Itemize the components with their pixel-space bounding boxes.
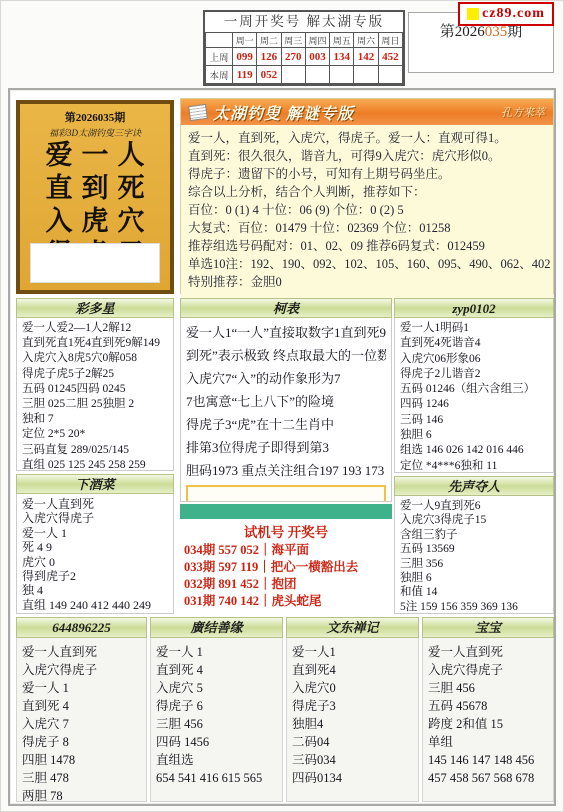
section-body: 爱一人直到死入虎穴得虎子三胆 456五码 45678跨度 2和值 15单组145… — [422, 638, 554, 802]
section-zyp0102: zyp0102 爱一人1明码1直到死4死谐音4入虎穴06形象06得虎子2儿谐音2… — [394, 298, 554, 473]
section-header: 宝宝 — [422, 617, 554, 638]
prediction-line: 三码 146 — [400, 413, 548, 428]
section-header: 下酒菜 — [16, 474, 174, 494]
prediction-line: 457 458 567 568 678 — [428, 769, 548, 787]
taihu-header: 太湖钓叟 解谜专版 孔方来萃 — [181, 99, 553, 125]
last-week-row: 上周 099126270003134142452 — [206, 48, 403, 66]
taihu-analysis-body: 爱一人，直到死，入虎穴，得虎子。爱一人：直观可得1。直到死：很久很久，谐音九，可… — [181, 125, 553, 303]
day-header-cell: 周日 — [378, 33, 402, 48]
logo-square-icon — [467, 8, 479, 20]
prediction-line: 入虎穴7“入”的动作象形为7 — [186, 367, 386, 390]
shijihao-title: 试机号 开奖号 — [184, 524, 388, 542]
taihu-panel: 太湖钓叟 解谜专版 孔方来萃 爱一人，直到死，入虎穴，得虎子。爱一人：直观可得1… — [180, 98, 554, 294]
bottom-column-1: 644896225 爱一人直到死入虎穴得虎子爱一人 1直到死 4入虎穴 7得虎子… — [16, 617, 147, 802]
corner-cell — [206, 33, 233, 48]
section-header: 文东禅记 — [286, 617, 419, 638]
prediction-line: 爱一人1明码1 — [400, 321, 548, 336]
prediction-line: 三胆 478 — [22, 769, 141, 787]
section-body: 爱一人1明码1直到死4死谐音4入虎穴06形象06得虎子2儿谐音2五码 01246… — [394, 318, 554, 473]
section-body: 爱一人直到死入虎穴得虎子爱一人 1死 4 9虎穴 0得到虎子2独 4直组 149… — [16, 494, 174, 614]
prediction-line: 和值 14 — [400, 585, 548, 599]
kebiao-highlight-blank-box — [186, 485, 386, 502]
this-week-row: 本周 119052 — [206, 66, 403, 84]
prediction-line: 三码034 — [292, 751, 413, 769]
prediction-line: 爱一人1“一人”直接取数字1直到死9 — [186, 321, 386, 344]
note-icon — [188, 103, 208, 120]
section-body: 爱一人1直到死4入虎穴0得虎子3独胆4二码04三码034四码0134 — [286, 638, 419, 802]
prediction-line: 爱一人 1 — [22, 679, 141, 697]
draw-number-cell — [305, 66, 329, 84]
analysis-line: 特别推荐：金胆0 — [188, 273, 546, 291]
gold-box-subtitle: 福彩3D太湖钓叟三字诀 — [20, 126, 170, 139]
draw-number-cell: 142 — [354, 48, 378, 66]
prediction-line: 直到死直1死4直到死9解149 — [22, 336, 168, 351]
section-header: 柯表 — [180, 298, 392, 318]
draw-number-cell: 003 — [305, 48, 329, 66]
draw-history-line: 033期 597 119｜把心一横豁出去 — [184, 559, 388, 576]
row-label: 上周 — [206, 48, 233, 66]
draw-history-line: 031期 740 142｜虎头蛇尾 — [184, 593, 388, 610]
logo-text: cz89.com — [482, 6, 545, 22]
prediction-line: 两胆 78 — [22, 787, 141, 802]
shijihao-body: 034期 557 052｜海平面033期 597 119｜把心一横豁出去032期… — [184, 542, 388, 610]
prediction-line: 三码直复 289/025/145 — [22, 443, 168, 458]
prediction-line: 三胆 025二胆 25独胆 2 — [22, 397, 168, 412]
draw-number-cell: 270 — [281, 48, 305, 66]
prediction-line: 入虎穴06形象06 — [400, 352, 548, 367]
bottom-column-2: 廣结善缘 爱一人 1直到死 4入虎穴 5得虎子 6三胆 456四码 1456直组… — [150, 617, 283, 802]
section-header: 644896225 — [16, 617, 147, 638]
prediction-line: 含组三豹子 — [400, 528, 548, 542]
prediction-line: 入虎穴3得虎子15 — [400, 513, 548, 527]
analysis-line: 大复式：百位：01479 十位：02369 个位：01258 — [188, 219, 546, 237]
draw-number-cell: 452 — [378, 48, 402, 66]
draw-number-cell: 126 — [257, 48, 281, 66]
draw-number-cell: 134 — [330, 48, 354, 66]
draw-number-cell — [354, 66, 378, 84]
prediction-line: 排第3位得虎子即得到第3 — [186, 436, 386, 459]
prediction-line: 爱一人直到死 — [22, 643, 141, 661]
prediction-line: 爱一人爱2—1人2解12 — [22, 321, 168, 336]
bottom-column-3: 文东禅记 爱一人1直到死4入虎穴0得虎子3独胆4二码04三码034四码0134 — [286, 617, 419, 802]
verse-line: 爱一人 — [20, 139, 170, 172]
prediction-line: 爱一人9直到死6 — [400, 499, 548, 513]
prediction-line: 入虎穴得虎子 — [22, 511, 168, 525]
day-header-cell: 周三 — [281, 33, 305, 48]
section-header: 廣结善缘 — [150, 617, 283, 638]
prediction-line: 二码04 — [292, 733, 413, 751]
section-body: 爱一人9直到死6入虎穴3得虎子15含组三豹子五码 13569三胆 356独胆 6… — [394, 496, 554, 614]
prediction-line: 爱一人 1 — [22, 526, 168, 540]
prediction-line: 7也寓意“七上八下”的险境 — [186, 390, 386, 413]
prediction-line: 入虎穴0 — [292, 679, 413, 697]
prediction-line: 独胆 6 — [400, 571, 548, 585]
issue-suffix: 期 — [507, 24, 522, 40]
draw-number-cell: 052 — [257, 66, 281, 84]
prediction-line: 定位 2*5 20* — [22, 427, 168, 442]
section-xianshengduoren: 先声夺人 爱一人9直到死6入虎穴3得虎子15含组三豹子五码 13569三胆 35… — [394, 476, 554, 614]
analysis-line: 得虎子：遗留下的小号，可知有上期号码坐庄。 — [188, 165, 546, 183]
prediction-line: 独 4 — [22, 583, 168, 597]
prediction-line: 到死”表示极致 终点取最大的一位数9 — [186, 344, 386, 367]
prediction-line: 爱一人直到死 — [428, 643, 548, 661]
section-body: 爱一人 1直到死 4入虎穴 5得虎子 6三胆 456四码 1456直组选654 … — [150, 638, 283, 802]
prediction-line: 654 541 416 615 565 — [156, 769, 277, 787]
draw-number-cell: 099 — [233, 48, 257, 66]
prediction-line: 得虎子3 — [292, 697, 413, 715]
draw-history-line: 032期 891 452｜抱团 — [184, 576, 388, 593]
issue-highlight: 035 — [485, 24, 508, 40]
section-body: 爱一人爱2—1人2解12直到死直1死4直到死9解149入虎穴入8虎5穴0解058… — [16, 318, 174, 471]
section-header: zyp0102 — [394, 298, 554, 318]
prediction-line: 得虎子2儿谐音2 — [400, 367, 548, 382]
prediction-line: 三胆 356 — [400, 557, 548, 571]
prediction-line: 得虎子3“虎”在十二生肖中 — [186, 413, 386, 436]
taihu-title: 太湖钓叟 解谜专版 — [213, 101, 354, 124]
prediction-line: 跨度 2和值 15 — [428, 715, 548, 733]
prediction-line: 爱一人 1 — [156, 643, 277, 661]
analysis-line: 爱一人，直到死，入虎穴，得虎子。爱一人：直观可得1。 — [188, 129, 546, 147]
prediction-line: 四码0134 — [292, 769, 413, 787]
prediction-line: 独胆4 — [292, 715, 413, 733]
prediction-line: 入虎穴 5 — [156, 679, 277, 697]
day-header-cell: 周二 — [257, 33, 281, 48]
prediction-line: 组选 146 026 142 016 446 — [400, 443, 548, 458]
draw-number-cell — [378, 66, 402, 84]
weekly-draw-table: 一周开奖号 解太湖专版 周一周二周三周四周五周六周日 上周 0991262700… — [203, 10, 405, 86]
teal-divider-bar — [180, 504, 392, 519]
prediction-line: 死 4 9 — [22, 540, 168, 554]
prediction-line: 得到虎子2 — [22, 569, 168, 583]
prediction-line: 得虎子 8 — [22, 733, 141, 751]
prediction-line: 直组选 — [156, 751, 277, 769]
prediction-line: 独胆 6 — [400, 428, 548, 443]
prediction-line: 四码 1456 — [156, 733, 277, 751]
draw-number-cell: 119 — [233, 66, 257, 84]
prediction-line: 入虎穴入8虎5穴0解058 — [22, 351, 168, 366]
prediction-line: 直到死4死谐音4 — [400, 336, 548, 351]
prediction-line: 独和 7 — [22, 412, 168, 427]
site-logo[interactable]: cz89.com — [458, 2, 554, 26]
analysis-line: 直到死：很久很久，谐音九，可得9入虎穴：虎穴形似0。 — [188, 147, 546, 165]
section-body: 爱一人1“一人”直接取数字1直到死9到死”表示极致 终点取最大的一位数9入虎穴7… — [180, 318, 392, 502]
prediction-line: 四码 1246 — [400, 397, 548, 412]
prediction-line: 虎穴 0 — [22, 555, 168, 569]
prediction-line: 145 146 147 148 456 — [428, 751, 548, 769]
prediction-line: 三胆 456 — [156, 715, 277, 733]
verse-line: 直到死 — [20, 172, 170, 205]
prediction-line: 爱一人1 — [292, 643, 413, 661]
weekly-day-header-row: 周一周二周三周四周五周六周日 — [206, 33, 403, 48]
prediction-line: 入虎穴 7 — [22, 715, 141, 733]
section-header: 彩多星 — [16, 298, 174, 318]
prediction-line: 直到死4 — [292, 661, 413, 679]
prediction-line: 直组 149 240 412 440 249 — [22, 598, 168, 612]
gold-box-issue: 第2026035期 — [20, 109, 170, 125]
section-caiduoxing: 彩多星 爱一人爱2—1人2解12直到死直1死4直到死9解149入虎穴入8虎5穴0… — [16, 298, 174, 471]
analysis-line: 推荐组选号码配对：01、02、09 推荐6码复式：012459 — [188, 237, 546, 255]
prediction-line: 五码 01245四码 0245 — [22, 382, 168, 397]
analysis-line: 单选10注：192、190、092、102、105、160、095、490、06… — [188, 255, 546, 273]
main-panel: 第2026035期 福彩3D太湖钓叟三字诀 爱一人直到死入虎穴得虎子 太湖钓叟 … — [8, 88, 556, 806]
section-kebiao: 柯表 爱一人1“一人”直接取数字1直到死9到死”表示极致 终点取最大的一位数9入… — [180, 298, 392, 502]
prediction-line: 三胆 456 — [428, 679, 548, 697]
prediction-line: 直组 025 125 245 258 259 — [22, 458, 168, 471]
draw-number-cell — [330, 66, 354, 84]
day-header-cell: 周四 — [305, 33, 329, 48]
prediction-line: 五码 13569 — [400, 542, 548, 556]
row-label: 本周 — [206, 66, 233, 84]
prediction-line: 得虎子 6 — [156, 697, 277, 715]
gold-verse-box: 第2026035期 福彩3D太湖钓叟三字诀 爱一人直到死入虎穴得虎子 — [16, 100, 174, 294]
analysis-line: 综合以上分析，结合个人判断，推荐如下： — [188, 183, 546, 201]
prediction-line: 得虎子虎5子2解25 — [22, 367, 168, 382]
prediction-line: 单组 — [428, 733, 548, 751]
prediction-line: 爱一人直到死 — [22, 497, 168, 511]
taihu-byline: 孔方来萃 — [501, 104, 545, 120]
section-xiajiucai: 下酒菜 爱一人直到死入虎穴得虎子爱一人 1死 4 9虎穴 0得到虎子2独 4直组… — [16, 474, 174, 614]
prediction-line: 五码 01246（组六含组三） — [400, 382, 548, 397]
section-body: 爱一人直到死入虎穴得虎子爱一人 1直到死 4入虎穴 7得虎子 8四胆 1478三… — [16, 638, 147, 802]
prediction-line: 胆码1973 重点关注组合197 193 173 973 — [186, 459, 386, 482]
day-header-cell: 周六 — [354, 33, 378, 48]
prediction-line: 定位 *4***6独和 11 — [400, 459, 548, 473]
prediction-line: 5注 159 156 359 369 136 — [400, 600, 548, 614]
draw-number-cell — [281, 66, 305, 84]
prediction-line: 直到死 4 — [156, 661, 277, 679]
prediction-line: 入虎穴得虎子 — [428, 661, 548, 679]
section-header: 先声夺人 — [394, 476, 554, 496]
prediction-line: 四胆 1478 — [22, 751, 141, 769]
prediction-line: 直到死 4 — [22, 697, 141, 715]
issue-prefix: 第2026 — [440, 24, 485, 40]
gold-box-blank-strip — [30, 243, 160, 283]
bottom-column-4: 宝宝 爱一人直到死入虎穴得虎子三胆 456五码 45678跨度 2和值 15单组… — [422, 617, 554, 802]
day-header-cell: 周五 — [330, 33, 354, 48]
draw-history-line: 034期 557 052｜海平面 — [184, 542, 388, 559]
prediction-line: 五码 45678 — [428, 697, 548, 715]
analysis-line: 百位：0 (1) 4 十位：06 (9) 个位：0 (2) 5 — [188, 201, 546, 219]
prediction-line: 入虎穴得虎子 — [22, 661, 141, 679]
section-shijihao: 试机号 开奖号 034期 557 052｜海平面033期 597 119｜把心一… — [180, 524, 392, 614]
weekly-table-title: 一周开奖号 解太湖专版 — [205, 12, 403, 32]
day-header-cell: 周一 — [233, 33, 257, 48]
verse-line: 入虎穴 — [20, 205, 170, 238]
